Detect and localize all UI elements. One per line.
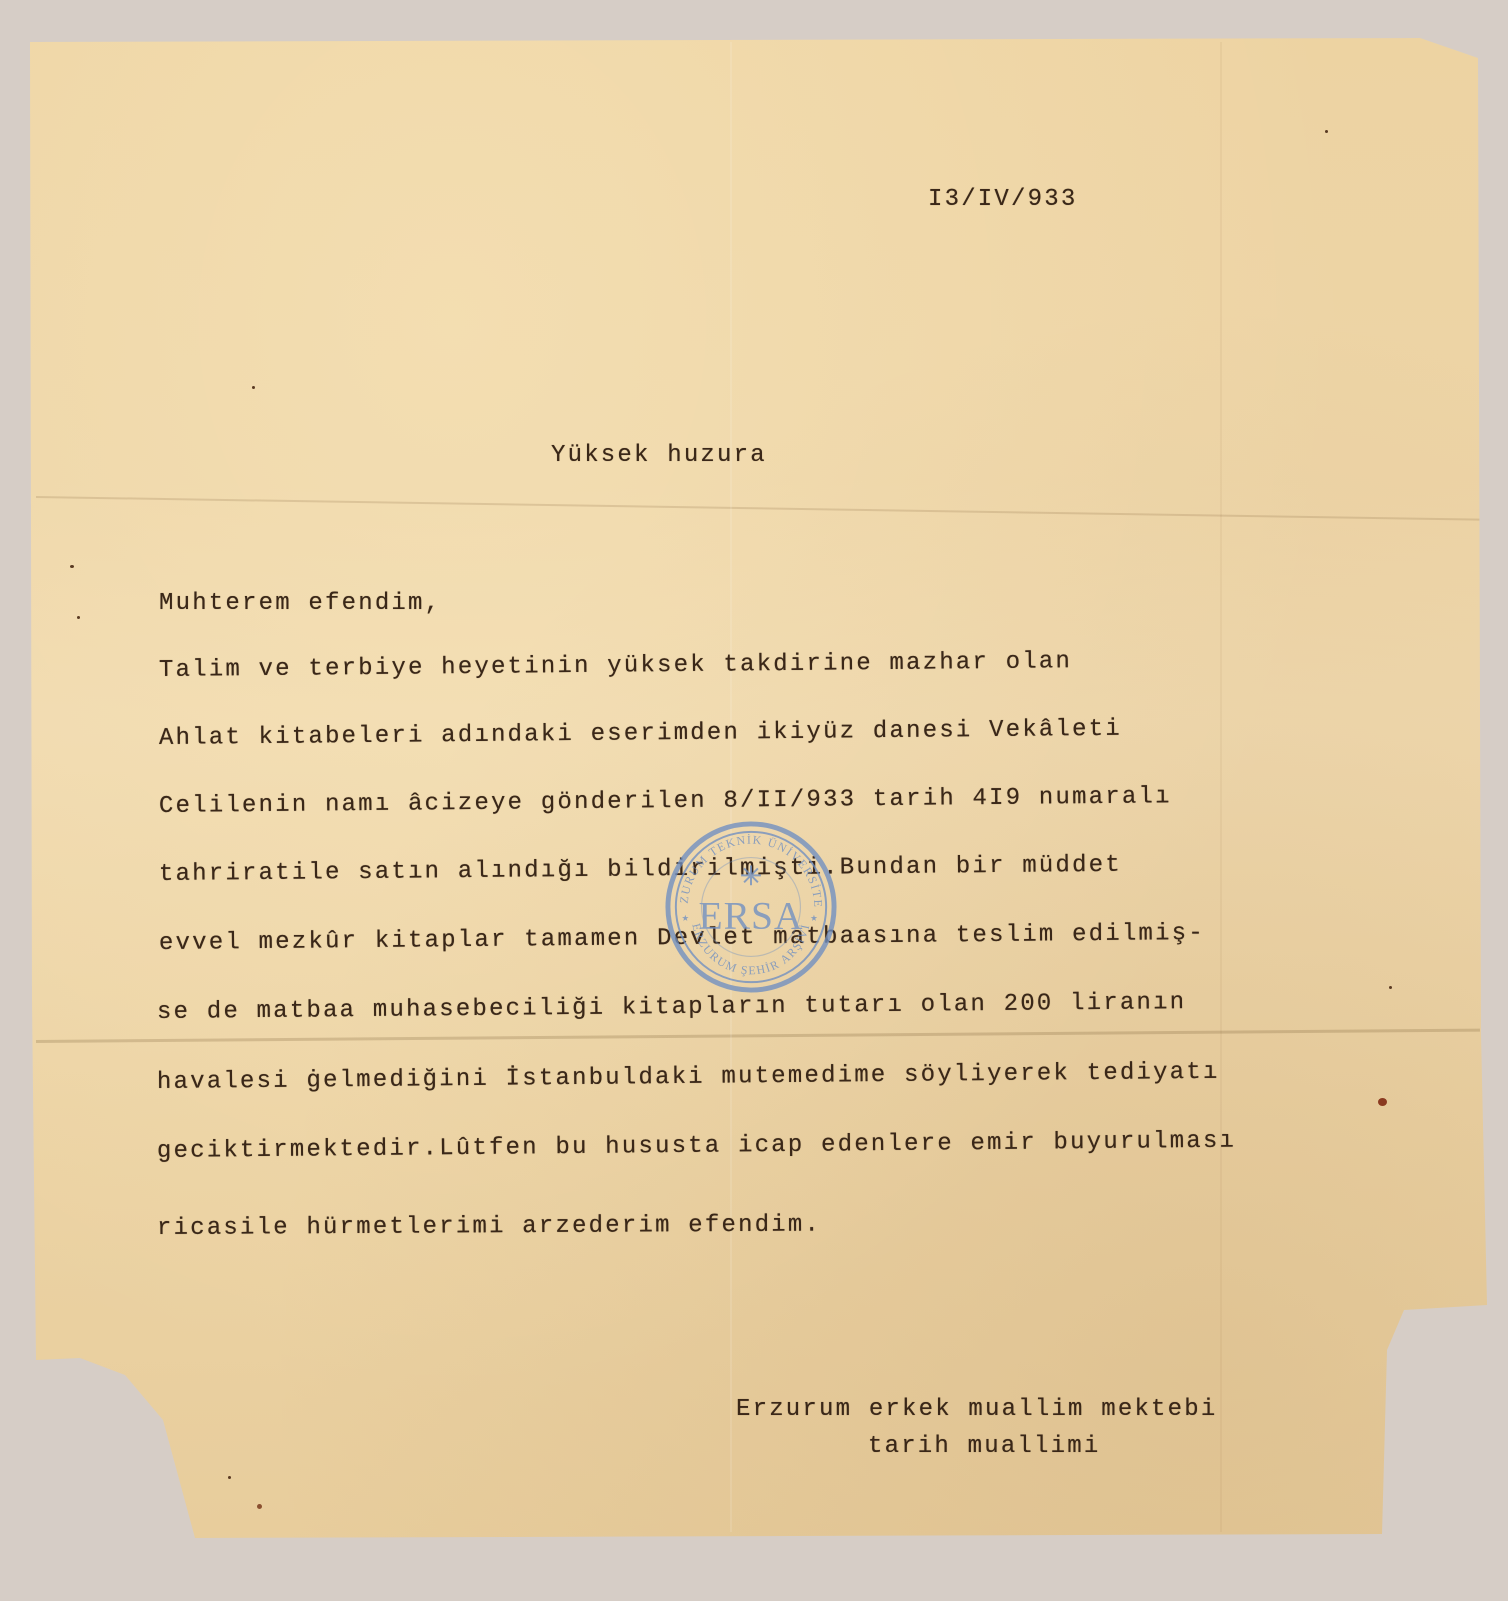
letter-date: I3/IV/933 (928, 186, 1077, 213)
signature-institution: Erzurum erkek muallim mektebi (736, 1396, 1217, 1423)
paper-speck (77, 616, 80, 619)
addressee: Yüksek huzura (551, 442, 767, 469)
paper-speck (252, 386, 255, 389)
paper-speck (228, 1476, 231, 1479)
paper-speck (257, 1504, 262, 1509)
document-photo: I3/IV/933 Yüksek huzura Muhterem efendim… (0, 0, 1508, 1601)
fold-line (36, 1029, 1480, 1043)
paper-speck (1325, 130, 1328, 133)
ink-stain (1378, 1098, 1387, 1106)
body-line: ricasile hürmetlerimi arzederim efendim. (157, 1212, 821, 1242)
fold-line (36, 496, 1480, 521)
paper-speck (70, 565, 74, 568)
signature-title: tarih muallimi (868, 1433, 1100, 1460)
fold-line (1220, 42, 1222, 1532)
paper-speck (1389, 986, 1392, 989)
greeting: Muhterem efendim, (159, 590, 441, 617)
